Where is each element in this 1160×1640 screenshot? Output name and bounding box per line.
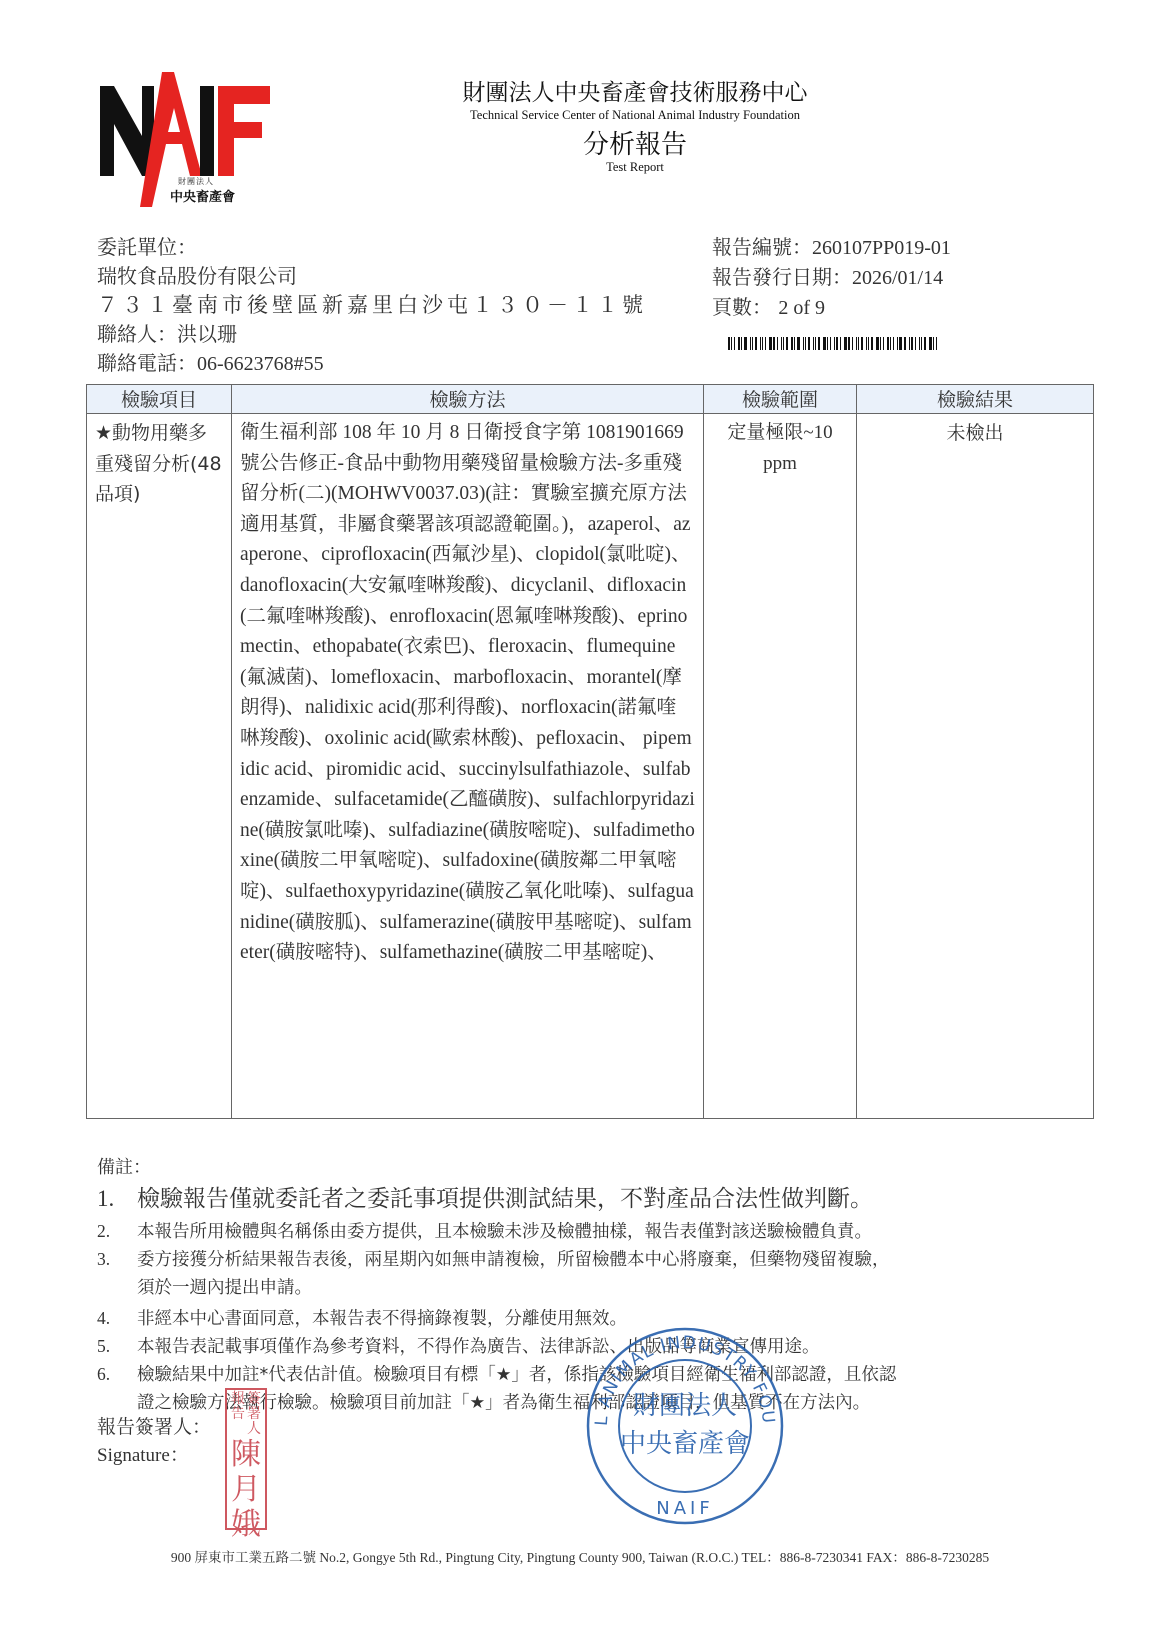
results-table: 檢驗項目 檢驗方法 檢驗範圍 檢驗結果 ★動物用藥多重殘留分析(48 品項) 衛… [86,384,1094,1119]
note-item-3: 3.委方接獲分析結果報告表後，兩星期內如無申請複檢，所留檢體本中心將廢棄，但藥物… [97,1246,890,1271]
header-test-result: 檢驗結果 [857,385,1094,414]
signatory-seal: 報告 簽署人 陳月娥 [225,1388,267,1530]
header-test-item: 檢驗項目 [87,385,232,414]
header-test-method: 檢驗方法 [232,385,704,414]
barcode [728,337,994,350]
page-row: 頁數： 2 of 9 [712,293,951,323]
test-method: 衛生福利部 108 年 10 月 8 日衛授食字第 1081901669 號公告… [232,414,704,1119]
organization-name-zh: 財團法人中央畜產會技術服務中心 [0,74,1160,107]
table-header-row: 檢驗項目 檢驗方法 檢驗範圍 檢驗結果 [87,385,1094,414]
client-info: 委託單位： 瑞牧食品股份有限公司 ７３１臺南市後壁區新嘉里白沙屯１３０－１１號 … [97,233,647,379]
table-row: ★動物用藥多重殘留分析(48 品項) 衛生福利部 108 年 10 月 8 日衛… [87,414,1094,1119]
report-number-row: 報告編號：260107PP019-01 [712,233,951,263]
svg-text:NAIF: NAIF [656,1498,713,1519]
contact-row: 聯絡人：洪以珊 [97,320,647,349]
page-number: 2 of 9 [778,297,825,319]
svg-text:財團法人: 財團法人 [633,1391,737,1421]
report-title-zh: 分析報告 [0,124,1160,161]
seal-label-left: 報告 [230,1392,246,1437]
issue-date: 2026/01/14 [852,267,943,289]
contact-name: 洪以珊 [177,322,237,346]
test-result: 未檢出 [857,414,1094,1119]
test-range: 定量極限~10 ppm [704,414,857,1119]
footer-address: 900 屏東市工業五路二號 No.2, Gongye 5th Rd., Ping… [0,1546,1160,1566]
organization-name-en: Technical Service Center of National Ani… [0,108,1160,123]
svg-text:中央畜產會: 中央畜產會 [620,1429,750,1459]
official-seal-icon: NATIONAL ANIMAL INDUSTRY FOUNDATION 財團法人… [585,1326,785,1526]
header-test-range: 檢驗範圍 [704,385,857,414]
phone-label: 聯絡電話： [97,351,197,375]
phone-row: 聯絡電話：06-6623768#55 [97,349,647,379]
test-item: ★動物用藥多重殘留分析(48 品項) [87,414,232,1119]
issue-date-row: 報告發行日期：2026/01/14 [712,263,951,293]
report-title-en: Test Report [0,160,1160,175]
client-company: 瑞牧食品股份有限公司 [97,262,647,291]
issue-date-label: 報告發行日期： [712,265,852,289]
client-label: 委託單位： [97,233,647,262]
note-item-4: 4.非經本中心書面同意，本報告表不得摘錄複製，分離使用無效。 [97,1305,627,1330]
report-number-label: 報告編號： [712,235,812,259]
note-item-1: 1.檢驗報告僅就委託者之委託事項提供測試結果，不對產品合法性做判斷。 [97,1180,873,1213]
seal-label-right: 簽署人 [246,1392,262,1437]
report-meta: 報告編號：260107PP019-01 報告發行日期：2026/01/14 頁數… [712,233,951,323]
phone-value: 06-6623768#55 [197,353,324,375]
report-number: 260107PP019-01 [812,237,951,259]
logo-subtitle-line2: 中央畜產會 [170,186,235,205]
signatory-label-en: Signature： [97,1440,189,1467]
note-item-3-cont: 須於一週內提出申請。 [137,1274,312,1299]
signatory-label-zh: 報告簽署人： [97,1412,211,1439]
note-item-2: 2.本報告所用檢體與名稱係由委方提供，且本檢驗未涉及檢體抽樣，報告表僅對該送驗檢… [97,1218,872,1243]
contact-label: 聯絡人： [97,322,177,346]
page-label: 頁數： [712,295,772,319]
seal-name: 陳月娥 [231,1437,261,1542]
client-address: ７３１臺南市後壁區新嘉里白沙屯１３０－１１號 [97,291,647,320]
notes-title: 備註： [97,1153,151,1179]
